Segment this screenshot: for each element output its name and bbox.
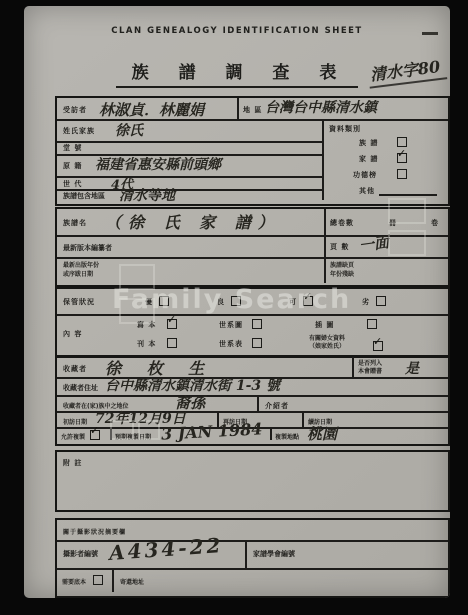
content-checkbox-lineage-table [252, 338, 262, 348]
content-checkbox-printed [167, 338, 177, 348]
content-item-label: 世系表 [219, 339, 243, 349]
category-item-label: 族 譜 [359, 138, 378, 148]
checkmark: ✓ [90, 424, 99, 437]
area-label: 地 區 [243, 105, 262, 115]
chinese-title: 族 譜 調 查 表 [116, 58, 359, 88]
watermark-inner [119, 264, 155, 290]
dash-mark [422, 32, 438, 35]
paper-sheet: CLAN GENEALOGY IDENTIFICATION SHEET 族 譜 … [24, 6, 450, 598]
content-checkbox-women-data: ✓ [373, 341, 383, 351]
copy-date-value: 3 JAN 1984 [161, 419, 263, 443]
divider [112, 568, 114, 592]
genealogy-title-value: （徐 氏 家 譜） [105, 210, 281, 233]
damage-label-line2: 年份殘缺 [330, 271, 354, 278]
divider [57, 176, 322, 178]
divider [352, 357, 354, 377]
photographer-number-label: 攝影者編號 [63, 549, 98, 559]
english-title: CLAN GENEALOGY IDENTIFICATION SHEET [24, 26, 450, 36]
women-data-label-line2: （娘家姓氏） [309, 343, 345, 350]
divider [57, 568, 448, 570]
category-checkbox-gongdebang [397, 169, 407, 179]
surname-label: 姓氏家族 [63, 126, 95, 136]
damage-label-line1: 族譜缺頁 [330, 262, 354, 269]
interviewee-label: 受訪者 [63, 105, 87, 115]
watermark-stamp-bottom [102, 414, 164, 444]
society-number-label: 家譜學會編號 [253, 549, 295, 559]
category-label: 資料類別 [329, 124, 361, 134]
condition-option-label: 劣 [362, 297, 370, 307]
copy-place-value: 桃園 [307, 423, 337, 444]
divider [302, 411, 304, 427]
copy-place-label: 複製地點 [275, 432, 299, 441]
watermark-inner [119, 298, 155, 324]
content-item-label: 世系圖 [219, 320, 243, 330]
condition-label: 保管狀況 [63, 297, 95, 307]
master-copy-checkbox [93, 575, 103, 585]
donation-value: 是 [405, 358, 419, 378]
section-office-use: 關于攝影狀況摘要欄 攝影者編號 A434-22 家譜學會編號 需要底本 寄還地址 [55, 518, 450, 598]
category-item-label: 家 譜 [359, 154, 378, 164]
volumes-label: 總卷數 [330, 218, 354, 228]
scanned-genealogy-sheet: CLAN GENEALOGY IDENTIFICATION SHEET 族 譜 … [0, 0, 468, 615]
first-visit-label: 初訪日期 [63, 417, 87, 426]
copy-permission-checkbox: ✓ [90, 430, 100, 440]
origin-label: 原 籍 [63, 161, 82, 171]
origin-value: 福建省惠安縣前頭鄉 [95, 154, 221, 174]
coverage-value: 清水等地 [119, 185, 175, 205]
owner-label: 收藏者 [63, 364, 87, 374]
content-item-label: 刊 本 [137, 339, 156, 349]
content-label: 內 容 [63, 329, 82, 339]
hall-label: 堂 號 [63, 143, 82, 153]
condition-checkbox-poor [376, 296, 386, 306]
watermark-inner [138, 420, 160, 440]
donation-label-line1: 是否列入 [358, 360, 382, 367]
watermark-inner [388, 198, 426, 224]
photographer-number-value: A434-22 [108, 533, 224, 565]
category-checkbox-jiapu: ✓ [397, 153, 407, 163]
pubdate-label-line1: 最新出版年份 [63, 262, 99, 269]
checkmark: ✓ [373, 335, 382, 348]
copy-permission-label: 允許複製 [61, 432, 85, 441]
content-checkbox-illustrations [367, 319, 377, 329]
checkmark: ✓ [397, 147, 406, 160]
divider [57, 141, 322, 143]
watermark-stamp-left [112, 258, 164, 332]
office-section-header: 關于攝影狀況摘要欄 [63, 527, 126, 536]
coverage-label: 族譜包含地區 [63, 191, 105, 201]
donation-label-line2: 本會贈書 [358, 368, 382, 375]
interviewee-value: 林淑貞．林麗娟 [99, 99, 204, 120]
compiler-label: 最新版本編纂者 [63, 243, 112, 253]
category-other-label: 其他 [359, 186, 375, 196]
pages-label: 頁 數 [330, 242, 349, 252]
category-item-label: 功德榜 [353, 170, 377, 180]
return-address-label: 寄還地址 [120, 577, 144, 586]
area-value: 台灣台中縣清水鎮 [265, 97, 377, 117]
generations-label: 世 代 [63, 179, 82, 189]
pubdate-label-line2: 或序跋日期 [63, 271, 93, 278]
watermark-stamp-right [380, 192, 436, 262]
content-item-label: 插 圖 [315, 320, 334, 330]
category-checkbox-zupu [397, 137, 407, 147]
introducer-label: 介紹者 [265, 401, 289, 411]
divider [245, 540, 247, 568]
divider [57, 395, 448, 397]
surname-value: 徐氏 [115, 120, 143, 140]
women-data-label-line1: 有關婦女資料 [309, 335, 345, 342]
content-checkbox-lineage-chart [252, 319, 262, 329]
divider [324, 209, 326, 283]
watermark-inner [110, 420, 134, 440]
divider [322, 119, 324, 200]
section-remarks: 附 註 [55, 450, 450, 512]
divider [270, 427, 272, 440]
genealogy-title-label: 族譜名 [63, 218, 87, 228]
master-copy-label: 需要底本 [62, 577, 86, 586]
content-checkbox-manuscript: ✓ [167, 319, 177, 329]
section-identification: 受訪者 林淑貞．林麗娟 地 區 台灣台中縣清水鎮 姓氏家族 徐氏 堂 號 原 籍… [55, 96, 450, 206]
divider [237, 98, 239, 119]
remarks-label: 附 註 [63, 458, 82, 468]
watermark-inner [388, 230, 426, 256]
owner-address-label: 收藏者住址 [63, 383, 98, 393]
divider [257, 395, 259, 411]
